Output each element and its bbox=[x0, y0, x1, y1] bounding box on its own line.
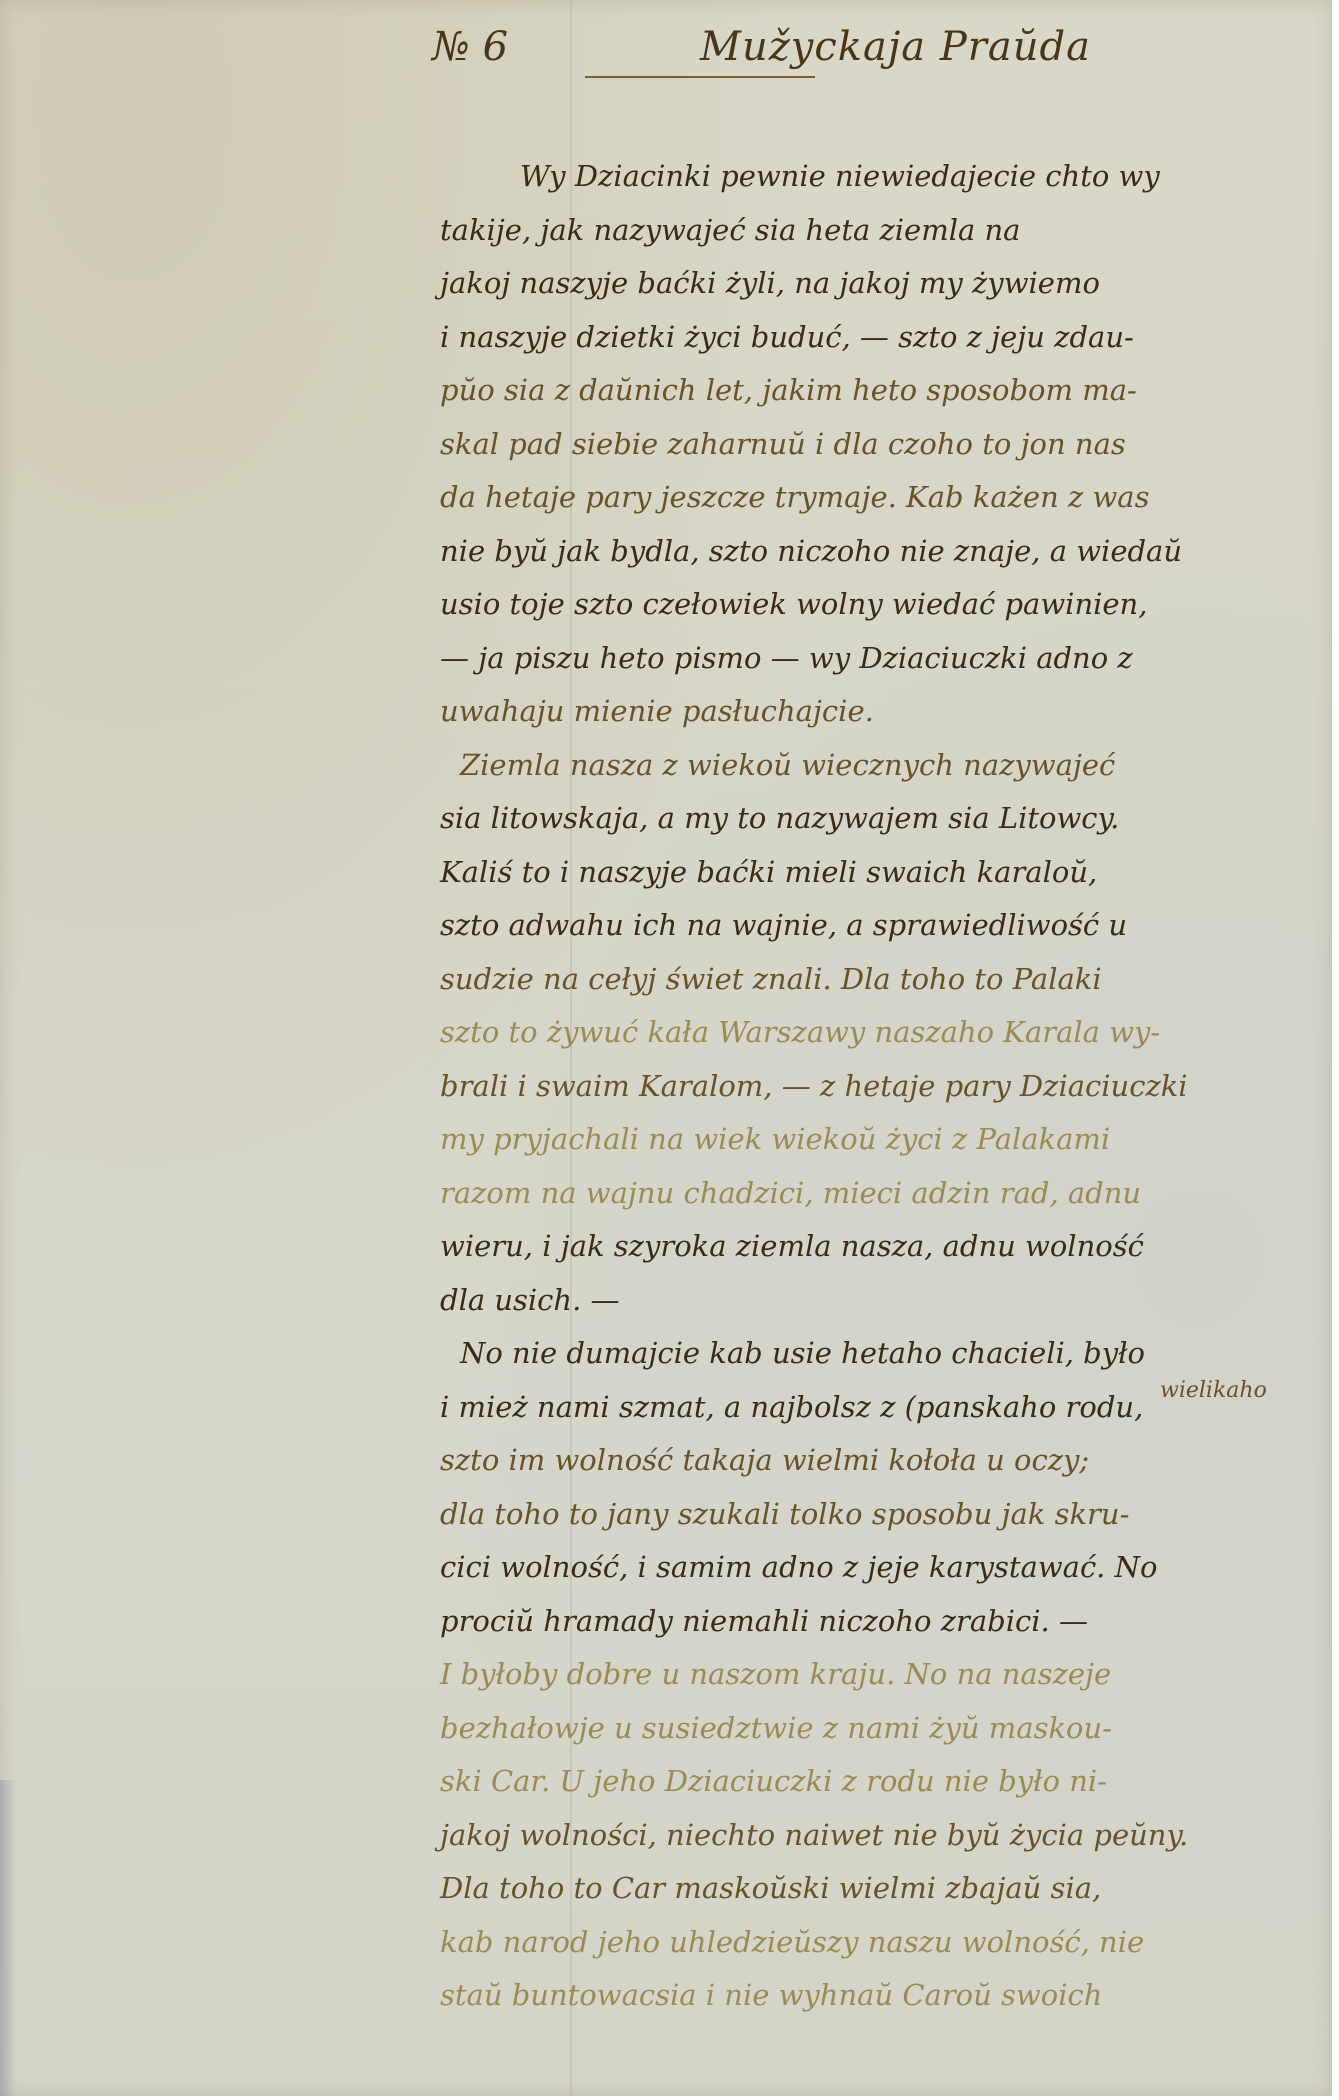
text-line: szto adwahu ich na wajnie, a sprawiedliw… bbox=[440, 899, 1320, 953]
text-line: I byłoby dobre u naszom kraju. No na nas… bbox=[440, 1648, 1320, 1702]
text-line: staŭ buntowacsia i nie wyhnaŭ Caroŭ swoi… bbox=[440, 1969, 1320, 2023]
text-line: i naszyje dzietki życi buduć, — szto z j… bbox=[440, 311, 1320, 365]
text-line: usio toje szto czełowiek wolny wiedać pa… bbox=[440, 578, 1320, 632]
text-line: bezhałowje u susiedztwie z nami żyŭ mask… bbox=[440, 1702, 1320, 1756]
text-line: razom na wajnu chadzici, mieci adzin rad… bbox=[440, 1167, 1320, 1221]
text-line: No nie dumajcie kab usie hetaho chacieli… bbox=[440, 1327, 1320, 1381]
text-line: Wy Dziacinki pewnie niewiedajecie chto w… bbox=[440, 150, 1320, 204]
text-line: Ziemla nasza z wiekoŭ wiecznych nazywaje… bbox=[440, 739, 1320, 793]
text-line: dla usich. — bbox=[440, 1274, 1320, 1328]
title-underline bbox=[585, 76, 815, 78]
text-line: — ja piszu heto pismo — wy Dziaciuczki a… bbox=[440, 632, 1320, 686]
text-line: jakoj naszyje baćki żyli, na jakoj my ży… bbox=[440, 257, 1320, 311]
text-line: brali i swaim Karalom, — z hetaje pary D… bbox=[440, 1060, 1320, 1114]
text-line: sia litowskaja, a my to nazywajem sia Li… bbox=[440, 792, 1320, 846]
text-line: wieru, i jak szyroka ziemla nasza, adnu … bbox=[440, 1220, 1320, 1274]
text-line: jakoj wolności, niechto naiwet nie byŭ ż… bbox=[440, 1809, 1320, 1863]
manuscript-page: № 6 Mužyckaja Praŭda wielikaho Wy Dziaci… bbox=[0, 0, 1332, 2096]
document-heading: № 6 Mužyckaja Praŭda bbox=[0, 14, 1332, 84]
text-line: ski Car. U jeho Dziaciuczki z rodu nie b… bbox=[440, 1755, 1320, 1809]
page-number: № 6 bbox=[432, 24, 508, 70]
text-line: szto to żywuć kała Warszawy naszaho Kara… bbox=[440, 1006, 1320, 1060]
text-line: skal pad siebie zaharnuŭ i dla czoho to … bbox=[440, 418, 1320, 472]
text-line: Kaliś to i naszyje baćki mieli swaich ka… bbox=[440, 846, 1320, 900]
manuscript-body: Wy Dziacinki pewnie niewiedajecie chto w… bbox=[440, 150, 1320, 2023]
text-line: my pryjachali na wiek wiekoŭ życi z Pala… bbox=[440, 1113, 1320, 1167]
text-line: sudzie na cełyj świet znali. Dla toho to… bbox=[440, 953, 1320, 1007]
text-line: da hetaje pary jeszcze trymaje. Kab każe… bbox=[440, 471, 1320, 525]
document-title: Mužyckaja Praŭda bbox=[700, 24, 1091, 70]
text-line: dla toho to jany szukali tolko sposobu j… bbox=[440, 1488, 1320, 1542]
text-line: szto im wolność takaja wielmi kołoła u o… bbox=[440, 1434, 1320, 1488]
text-line: prociŭ hramady niemahli niczoho zrabici.… bbox=[440, 1595, 1320, 1649]
text-line: pŭo sia z daŭnich let, jakim heto sposob… bbox=[440, 364, 1320, 418]
paper-edge-stain bbox=[0, 1780, 16, 2096]
text-line: i mież nami szmat, a najbolsz z (panskah… bbox=[440, 1381, 1320, 1435]
text-line: kab narod jeho uhledzieŭszy naszu wolnoś… bbox=[440, 1916, 1320, 1970]
text-line: cici wolność, i samim adno z jeje karyst… bbox=[440, 1541, 1320, 1595]
text-line: Dla toho to Car maskoŭski wielmi zbajaŭ … bbox=[440, 1862, 1320, 1916]
text-line: nie byŭ jak bydla, szto niczoho nie znaj… bbox=[440, 525, 1320, 579]
text-line: takije, jak nazywajeć sia heta ziemla na bbox=[440, 204, 1320, 258]
text-line: uwahaju mienie pasłuchajcie. bbox=[440, 685, 1320, 739]
